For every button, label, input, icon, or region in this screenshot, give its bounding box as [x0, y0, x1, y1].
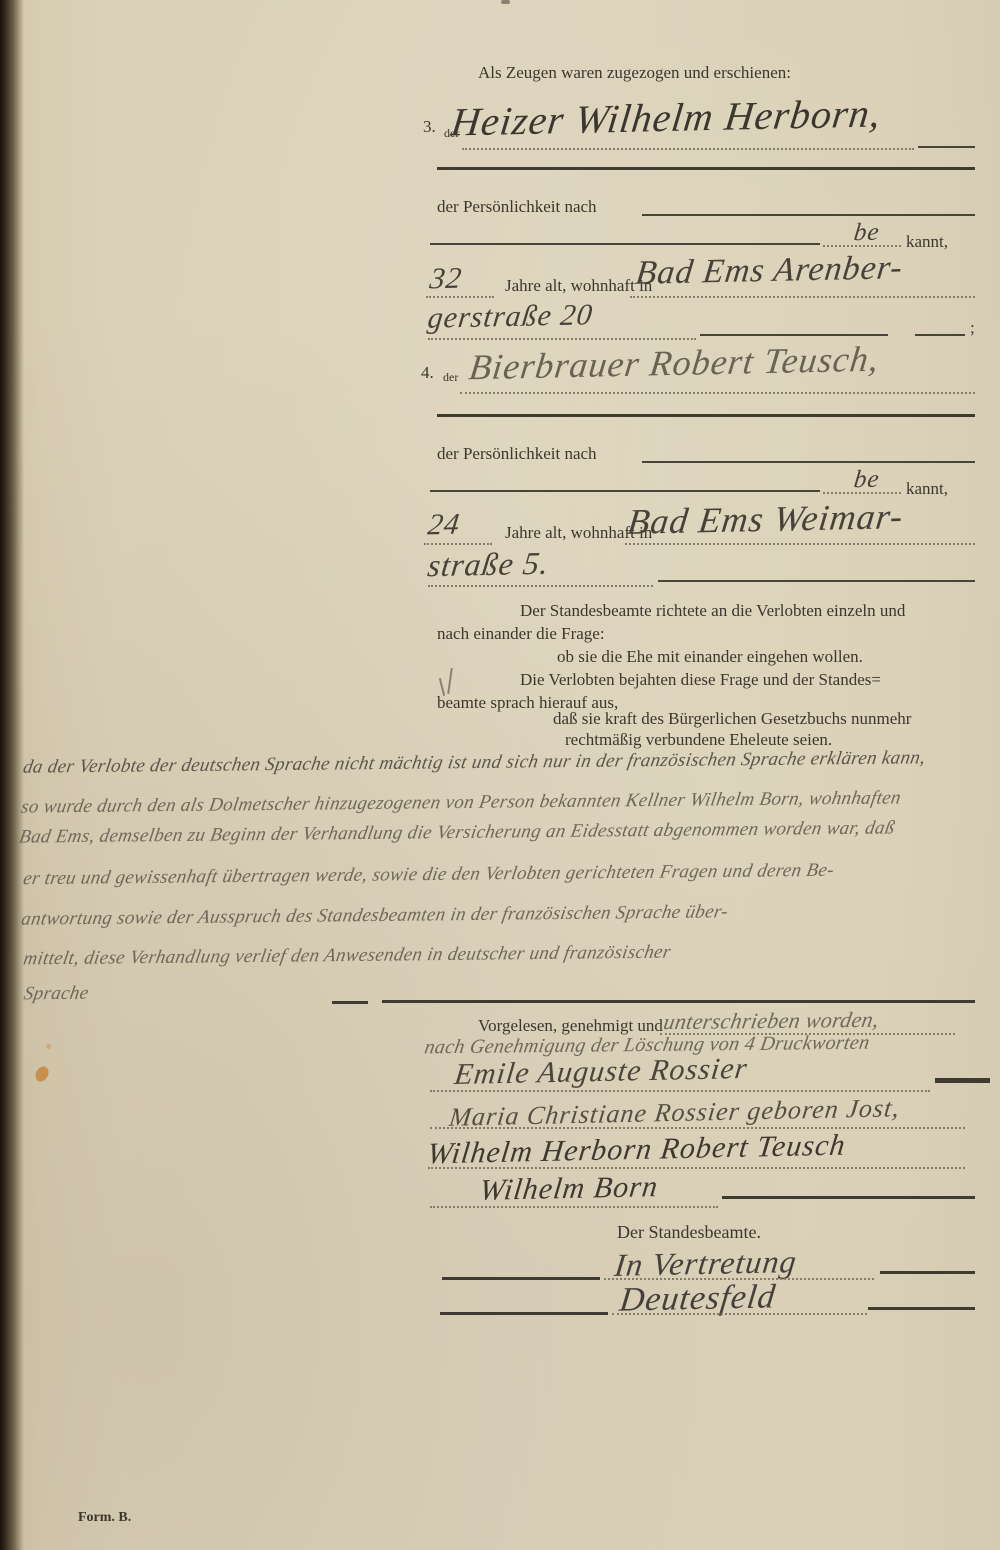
witness3-age-dots	[426, 296, 494, 298]
ceremony-line-1: Der Standesbeamte richtete an die Verlob…	[520, 601, 905, 621]
ceremony-line-3: ob sie die Ehe mit einander eingehen wol…	[557, 647, 863, 667]
witness3-residence-handwriting: Bad Ems Arenber-	[633, 249, 905, 293]
witness4-known-prefix-handwriting: be	[852, 466, 881, 495]
ceremony-line-6: daß sie kraft des Bürgerlichen Gesetzbuc…	[553, 709, 911, 729]
registry-document-page: Als Zeugen waren zugezogen und erschiene…	[0, 0, 1000, 1550]
witness4-known-label: kannt,	[906, 479, 948, 499]
interpreter-note-line-4: er treu und gewissenhaft übertragen werd…	[21, 860, 835, 890]
witness3-name-line-end	[918, 146, 975, 148]
witness3-known-label: kannt,	[906, 232, 948, 252]
ceremony-line-2: nach einander die Frage:	[437, 624, 605, 644]
signature-groom-dots	[430, 1090, 930, 1092]
witness3-street-rule	[700, 334, 888, 336]
interpreter-note-closing-rule	[382, 1000, 975, 1003]
witness3-known-rule	[430, 243, 820, 245]
witness4-number: 4.	[421, 363, 434, 383]
witness3-separator: ;	[970, 318, 975, 338]
registrar-signature-rule-right	[868, 1307, 975, 1310]
witness3-age-handwriting: 32	[428, 262, 464, 297]
registrar-label: Der Standesbeamte.	[617, 1222, 761, 1243]
witness3-residence2-handwriting: gerstraße 20	[426, 298, 595, 335]
witness4-identity-label: der Persönlichkeit nach	[437, 444, 597, 464]
interpreter-note-line-2: so wurde durch den als Dolmetscher hinzu…	[19, 787, 902, 818]
witness3-identity-label: der Persönlichkeit nach	[437, 197, 597, 217]
witness4-street-dots	[428, 585, 653, 587]
witness3-age-label: Jahre alt, wohnhaft in	[505, 276, 652, 296]
paper-stain-small	[46, 1044, 51, 1049]
witness4-article: der	[443, 370, 458, 385]
signature-groom-ink-dash	[935, 1078, 990, 1083]
witness3-blank-rule	[437, 167, 975, 170]
interpreter-note-line-5: antwortung sowie der Ausspruch des Stand…	[20, 901, 730, 930]
signature-groom: Emile Auguste Rossier	[453, 1052, 750, 1092]
deputy-rule-left	[442, 1277, 600, 1280]
book-binding-edge	[0, 0, 24, 1550]
witness4-known-rule	[430, 490, 820, 492]
witness3-residence-dots	[630, 296, 975, 298]
form-number-label: Form. B.	[78, 1510, 131, 1526]
witness4-name-line	[460, 392, 975, 394]
interpreter-note-closing-dash	[332, 1001, 368, 1004]
signature-interpreter: Wilhelm Born	[478, 1170, 660, 1208]
signature-bride-dots	[430, 1127, 965, 1129]
read-approved-label: Vorgelesen, genehmigt und	[478, 1016, 663, 1036]
witness3-known-prefix-handwriting: be	[852, 219, 881, 248]
interpreter-note-line-6: mittelt, diese Verhandlung verlief den A…	[22, 942, 673, 971]
witness3-identity-rule	[642, 214, 975, 216]
witness4-residence2-handwriting: straße 5.	[426, 545, 552, 585]
deputy-rule-right	[880, 1271, 975, 1274]
witness3-name-handwriting: Heizer Wilhelm Herborn,	[449, 90, 884, 146]
signature-interpreter-dots	[430, 1206, 718, 1208]
ceremony-line-4: Die Verlobten bejahten diese Frage und d…	[520, 670, 881, 690]
scan-artifact-top	[501, 0, 510, 4]
registrar-signature-dots	[612, 1313, 867, 1315]
signed-note-handwriting: unterschrieben worden,	[662, 1007, 881, 1035]
interpreter-note-line-1: da der Verlobte der deutschen Sprache ni…	[21, 747, 927, 778]
signature-interpreter-rule	[722, 1196, 975, 1199]
ceremony-line-7: rechtmäßig verbundene Eheleute seien.	[565, 730, 832, 750]
registrar-signature-rule-left	[440, 1312, 608, 1315]
witness4-residence-dots	[625, 543, 975, 545]
pencil-tick-mark	[447, 668, 453, 694]
paper-stain	[33, 1064, 51, 1084]
interpreter-note-line-7: Sprache	[22, 983, 90, 1006]
witnesses-intro-heading: Als Zeugen waren zugezogen und erschiene…	[478, 63, 791, 83]
witness3-name-line	[462, 148, 914, 150]
interpreter-note-line-3: Bad Ems, demselben zu Beginn der Verhand…	[17, 817, 896, 848]
witness4-identity-rule	[642, 461, 975, 463]
witness4-blank-rule	[437, 414, 975, 417]
witness4-residence-handwriting: Bad Ems Weimar-	[625, 495, 906, 543]
witness4-name-handwriting: Bierbrauer Robert Teusch,	[467, 338, 882, 389]
witness4-street-rule	[658, 580, 975, 582]
witness3-street-dots	[428, 338, 696, 340]
witness4-age-handwriting: 24	[426, 508, 462, 543]
witness4-age-dots	[424, 543, 492, 545]
witness3-number: 3.	[423, 117, 436, 137]
signature-witnesses-dots	[428, 1167, 965, 1169]
signature-witnesses: Wilhelm Herborn Robert Teusch	[425, 1129, 847, 1172]
witness3-street-rule2	[915, 334, 965, 336]
